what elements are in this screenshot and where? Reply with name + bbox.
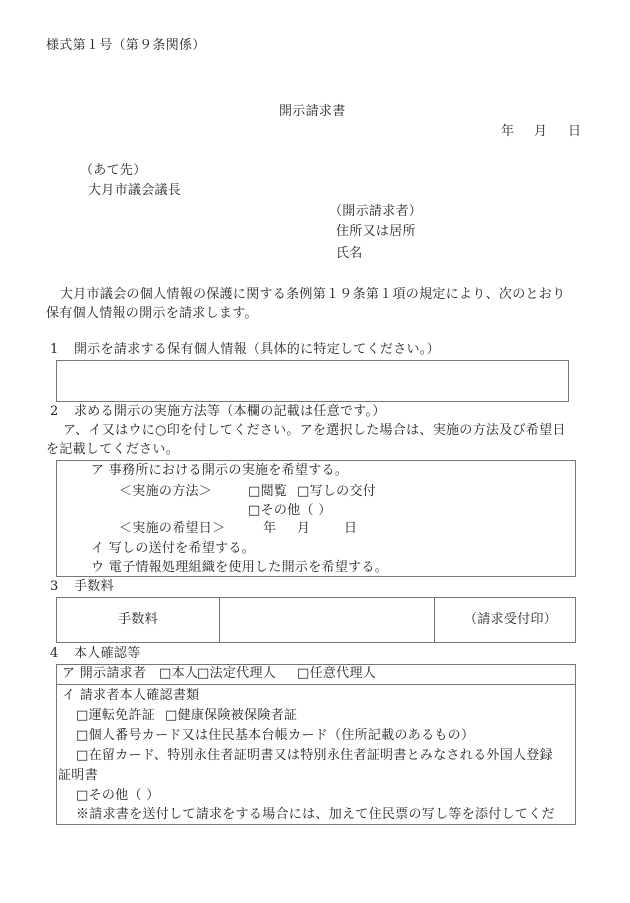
- section2-note-line-1: ア、イ又はウに○印を付してください。アを選択した場合は、実施の方法及び希望日: [63, 423, 566, 439]
- date-day-label: 日: [568, 124, 581, 140]
- requester-type-voluntary-agent[interactable]: □任意代理人: [297, 666, 376, 682]
- addressee-label: （あて先）: [80, 163, 147, 179]
- stamp-label: （請求受付印）: [464, 612, 557, 628]
- identity-row-divider: [56, 684, 576, 685]
- intro-line-2: 保有個人情報の開示を請求します。: [46, 306, 258, 322]
- method-label: ＜実施の方法＞: [119, 484, 212, 500]
- section4-heading: 本人確認等: [74, 646, 141, 662]
- section1-info-field[interactable]: [56, 360, 569, 402]
- date-preference-label: ＜実施の希望日＞: [119, 521, 225, 537]
- section3-heading: 手数料: [74, 579, 114, 595]
- date-month-label: 月: [534, 124, 547, 140]
- form-number: 様式第１号（第９条関係）: [46, 38, 206, 54]
- date-year-label: 年: [501, 124, 514, 140]
- id-documents-label: イ 請求者本人確認書類: [62, 688, 199, 704]
- section3-number: 3: [50, 579, 58, 595]
- mail-request-note: ※請求書を送付して請求をする場合には、加えて住民票の写し等を添付してくだ: [76, 807, 555, 823]
- requester-type-legal-agent[interactable]: □法定代理人: [197, 666, 276, 682]
- id-doc-health-insurance[interactable]: □健康保険被保険者証: [165, 708, 297, 724]
- option-i-copy-delivery[interactable]: イ 写しの送付を希望する。: [91, 541, 255, 557]
- requester-type-self[interactable]: □本人: [159, 666, 198, 682]
- fee-table-divider-2: [434, 597, 435, 643]
- intro-line-1: 大月市議会の個人情報の保護に関する条例第１９条第１項の規定により、次のとおり: [60, 287, 565, 303]
- section2-heading: 求める開示の実施方法等（本欄の記載は任意です。）: [74, 404, 386, 420]
- method-option-other[interactable]: □その他（ ）: [248, 503, 332, 519]
- section2-note-line-2: を記載してください。: [46, 442, 179, 458]
- id-doc-other[interactable]: □その他（ ）: [76, 788, 160, 804]
- preferred-month-label: 月: [297, 521, 310, 537]
- preferred-year-label: 年: [263, 521, 276, 537]
- id-doc-my-number-card[interactable]: □個人番号カード又は住民基本台帳カード（住所記載のあるもの）: [76, 728, 474, 744]
- method-option-view[interactable]: □閲覧: [248, 484, 287, 500]
- id-doc-drivers-license[interactable]: □運転免許証: [76, 708, 155, 724]
- requester-name-label: 氏名: [336, 246, 363, 262]
- preferred-day-label: 日: [344, 521, 357, 537]
- requester-type-label: ア 開示請求者: [62, 666, 146, 682]
- section4-number: 4: [50, 646, 58, 662]
- fee-amount-field[interactable]: [222, 600, 432, 640]
- section2-number: 2: [50, 404, 58, 420]
- fee-label: 手数料: [118, 612, 158, 628]
- addressee-name: 大月市議会議長: [88, 183, 181, 199]
- section1-number: 1: [50, 342, 58, 358]
- page-title: 開示請求書: [279, 104, 346, 120]
- method-option-copy[interactable]: □写しの交付: [297, 484, 376, 500]
- requester-label: （開示請求者）: [329, 204, 422, 220]
- id-doc-residence-card-cont: 証明書: [58, 768, 98, 784]
- requester-address-label: 住所又は居所: [336, 224, 416, 240]
- section1-heading: 開示を請求する保有個人情報（具体的に特定してください。）: [74, 342, 440, 358]
- id-doc-residence-card[interactable]: □在留カード、特別永住者証明書又は特別永住者証明書とみなされる外国人登録: [76, 748, 553, 764]
- option-a-office-viewing[interactable]: ア 事務所における開示の実施を希望する。: [91, 463, 348, 479]
- fee-table-divider-1: [219, 597, 220, 643]
- option-u-electronic[interactable]: ウ 電子情報処理組織を使用した開示を希望する。: [91, 560, 388, 576]
